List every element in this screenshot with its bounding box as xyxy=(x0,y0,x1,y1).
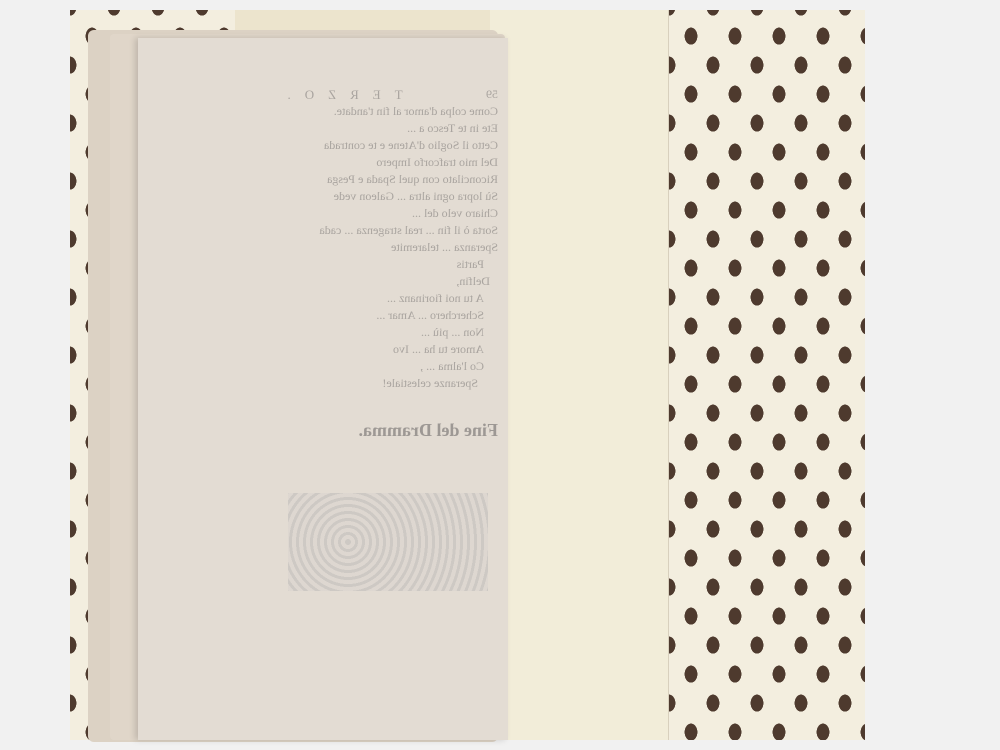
text-line: Come colpa d'amor al fin t'andate. xyxy=(178,103,498,120)
text-line: Speranze celestiale! xyxy=(178,375,498,392)
text-line: Speranza ... telaremite xyxy=(178,239,498,256)
text-line: Cetto il Soglio d'Atene e te contrada xyxy=(178,137,498,154)
text-line: Riconcilato con quel Spada e Pesga xyxy=(178,171,498,188)
text-line: Amore tu ha ... Ivo xyxy=(178,341,498,358)
endpaper xyxy=(490,10,668,740)
printer-ornament xyxy=(288,493,488,591)
final-page: TERZO. 59 Come colpa d'amor al fin t'and… xyxy=(138,38,508,740)
text-line: Chiaro velo del ... xyxy=(178,205,498,222)
top-paper-strip xyxy=(235,10,497,32)
bleed-through-text: TERZO. 59 Come colpa d'amor al fin t'and… xyxy=(178,86,498,439)
text-line: Delfin, xyxy=(178,273,498,290)
page-heading: TERZO. xyxy=(178,86,498,103)
text-line: Partis xyxy=(178,256,498,273)
page-number: 59 xyxy=(486,86,498,103)
text-line: Non ... più ... xyxy=(178,324,498,341)
text-line: Ete in te Tesco a ... xyxy=(178,120,498,137)
text-line: Sorta ò il fin ... real stragenza ... ca… xyxy=(178,222,498,239)
closing-text: Fine del Dramma. xyxy=(178,422,498,439)
text-line: A tu noi fiorinanz ... xyxy=(178,290,498,307)
text-line: Scherchero ... Amar ... xyxy=(178,307,498,324)
text-line: Sù lopra ogni altra ... Galeon vede xyxy=(178,188,498,205)
right-cover-fleur-de-lis xyxy=(668,10,865,740)
text-line: Co l'alma ... , xyxy=(178,358,498,375)
text-line: Del mio trafcorfo Impero xyxy=(178,154,498,171)
